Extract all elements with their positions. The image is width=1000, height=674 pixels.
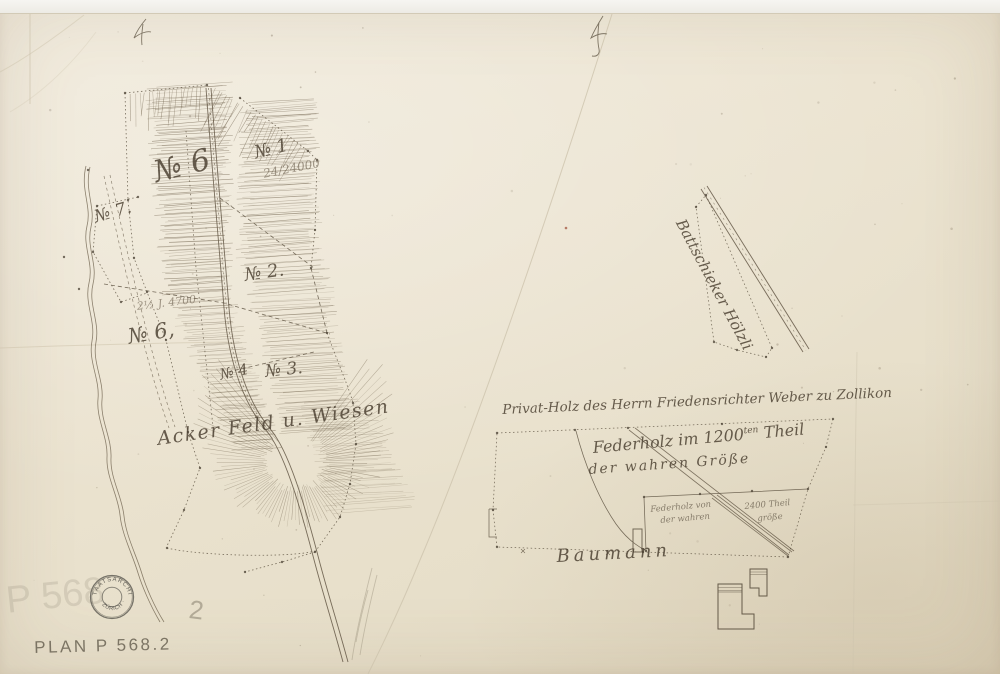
scale-note-sup: ten — [743, 425, 759, 436]
hand-hatching — [33, 27, 968, 656]
stream-line — [84, 166, 164, 622]
archive-plan-number: PLAN P 568.2 — [34, 634, 172, 658]
ink-check-marks — [134, 16, 607, 56]
building-outlines — [718, 569, 767, 629]
archive-stamp: STAATSARCHIV · ZÜRICH · — [0, 0, 134, 619]
scanned-plan-page: STAATSARCHIV · ZÜRICH · № 6 № 7. № 1 24/… — [0, 0, 1000, 674]
pencil-strokes — [352, 568, 377, 660]
scale-note-post: Theil — [758, 420, 805, 443]
svg-text:STAATSARCHIV: STAATSARCHIV — [0, 0, 132, 596]
parcel-label-no3: № 3. — [264, 358, 304, 382]
stamp-text-top: STAATSARCHIV — [0, 0, 132, 596]
